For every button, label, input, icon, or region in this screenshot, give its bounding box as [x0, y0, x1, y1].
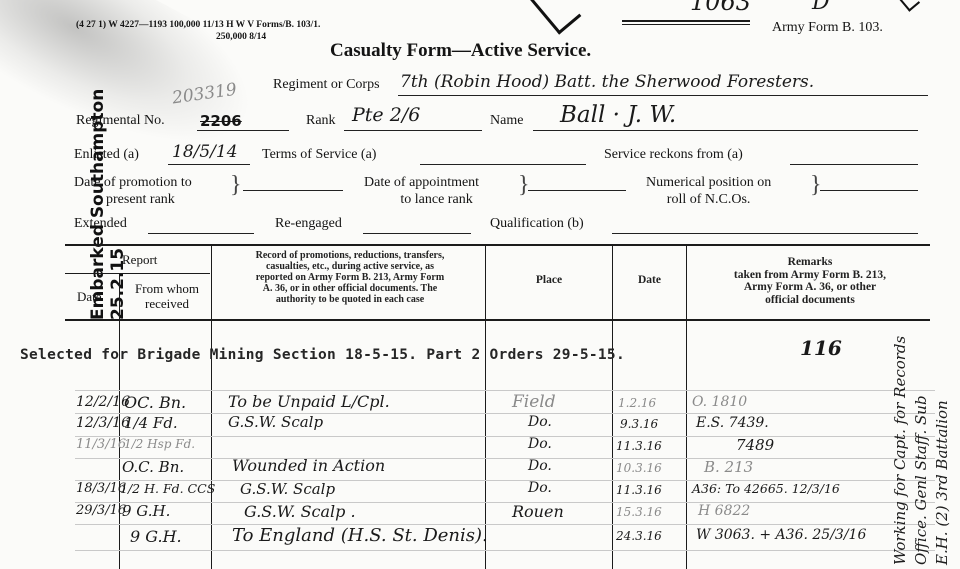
- enlisted-label: Enlisted (a): [74, 147, 139, 163]
- row-place: Do.: [528, 458, 552, 474]
- form-title: Casualty Form—Active Service.: [330, 40, 591, 62]
- qualification-underline: [612, 233, 918, 234]
- annotation-underline: [622, 20, 750, 22]
- enlisted-underline: [168, 164, 250, 165]
- row-remarks: O. 1810: [692, 394, 747, 410]
- numerical-underline: [820, 190, 918, 191]
- row-date: 12/3/16: [76, 415, 130, 431]
- reckons-label: Service reckons from (a): [604, 147, 743, 163]
- row-rule: [75, 502, 935, 503]
- header-date2: Date: [613, 275, 686, 286]
- row-place: Field: [512, 392, 556, 412]
- header-report: Report: [122, 252, 157, 268]
- row-date2: 11.3.16: [616, 439, 662, 453]
- col-divider-from: [211, 244, 212, 569]
- row-from: O.C. Bn.: [122, 458, 184, 476]
- print-code-line2: 250,000 8/14: [216, 32, 266, 42]
- row-from: 9 G.H.: [130, 527, 182, 546]
- terms-label: Terms of Service (a): [262, 147, 376, 163]
- enlisted-value: 18/5/14: [172, 142, 238, 162]
- extended-underline: [148, 233, 254, 234]
- row-date2: 11.3.16: [616, 483, 662, 497]
- report-subheader-rule: [65, 273, 210, 274]
- row-date2: 9.3.16: [620, 417, 658, 431]
- rank-underline: [344, 130, 482, 131]
- row-rule: [75, 550, 935, 551]
- row-record: To England (H.S. St. Denis).: [232, 525, 488, 546]
- header-record: Record of promotions, reductions, transf…: [216, 250, 484, 305]
- row-rule: [75, 413, 935, 414]
- row-record: G.S.W. Scalp: [240, 480, 335, 498]
- rank-label: Rank: [306, 113, 336, 129]
- promotion-label-line1: Date of promotion to: [74, 174, 192, 191]
- margin-note: Working for Capt. for Records Office. Ge…: [890, 215, 960, 565]
- top-mark-annotation: D: [812, 0, 830, 15]
- row-date: 11/3/16: [76, 437, 126, 452]
- row-rule: [75, 524, 935, 525]
- row-remarks: W 3063. + A36. 25/3/16: [696, 527, 866, 543]
- rank-value: Pte 2/6: [352, 104, 420, 126]
- qualification-label: Qualification (b): [490, 216, 584, 232]
- header-date: Date: [77, 289, 102, 305]
- regiment-label: Regiment or Corps: [273, 77, 380, 93]
- row-date: 29/3/16: [76, 503, 126, 518]
- header-record-line1: Record of promotions, reductions, transf…: [216, 250, 484, 261]
- appointment-underline: [528, 190, 626, 191]
- header-from-whom-line2: received: [124, 296, 210, 311]
- row-date: 18/3/16: [76, 481, 126, 496]
- numerical-label-line2: roll of N.C.Os.: [646, 191, 771, 208]
- margin-note-line1: Working for Capt. for Records: [890, 215, 911, 565]
- row-remarks: B. 213: [704, 458, 753, 476]
- row-remarks: 7489: [736, 436, 774, 454]
- promotion-label: Date of promotion to present rank: [74, 174, 192, 208]
- brace-icon-2: }: [518, 172, 530, 199]
- numerical-label-line1: Numerical position on: [646, 174, 771, 191]
- row-rule: [75, 458, 935, 459]
- row-place: Do.: [528, 480, 552, 496]
- regimental-no-label: Regimental No.: [76, 113, 165, 129]
- row-place: Do.: [528, 414, 552, 430]
- col-divider-place: [612, 244, 613, 569]
- margin-note-line3: E.H. (2) 3rd Battalion: [932, 215, 953, 565]
- appointment-label-line1: Date of appointment: [364, 174, 479, 191]
- regimental-no-value: 2206: [200, 112, 242, 130]
- row-record: G.S.W. Scalp .: [244, 502, 356, 521]
- name-value: Ball · J. W.: [560, 102, 676, 128]
- margin-note-line2: Office. Genl Staff. Sub: [911, 215, 932, 565]
- row-from: 9 G.H.: [122, 502, 170, 520]
- small-checkmark-icon: [894, 0, 920, 12]
- row-date2: 1.2.16: [618, 396, 656, 410]
- regiment-underline: [398, 95, 928, 96]
- promotion-label-line2: present rank: [74, 191, 192, 208]
- appointment-label-line2: to lance rank: [364, 191, 479, 208]
- row-record: Wounded in Action: [232, 456, 385, 475]
- print-code-line1: (4 27 1) W 4227—1193 100,000 11/13 H W V…: [76, 20, 320, 30]
- promotion-underline: [243, 190, 343, 191]
- row-record: G.S.W. Scalp: [228, 413, 323, 431]
- appointment-label: Date of appointment to lance rank: [364, 174, 479, 208]
- row-date2: 10.3.16: [616, 461, 662, 475]
- typed-mark: 116: [800, 336, 842, 360]
- header-remarks-line2: taken from Army Form B. 213,: [700, 269, 920, 282]
- row-remarks: H 6822: [698, 503, 750, 519]
- row-rule: [75, 390, 935, 391]
- col-divider-record: [485, 244, 486, 569]
- reckons-underline: [790, 164, 918, 165]
- table-top-rule: [65, 244, 930, 246]
- regimental-no-underline: [197, 130, 289, 131]
- annotation-underline-2: [622, 24, 750, 25]
- header-from-whom: From whom received: [124, 281, 210, 311]
- header-record-line4: A. 36, or in other official documents. T…: [216, 283, 484, 294]
- row-place: Rouen: [512, 502, 564, 521]
- header-record-line2: casualties, etc., during active service,…: [216, 261, 484, 272]
- extended-label: Extended: [74, 216, 127, 232]
- name-label: Name: [490, 113, 523, 129]
- brace-icon-3: }: [810, 172, 822, 199]
- reengaged-underline: [363, 233, 471, 234]
- row-place: Do.: [528, 436, 552, 452]
- table-header-bottom-rule: [65, 319, 930, 321]
- col-divider-date2: [686, 244, 687, 569]
- row-date: 12/2/16: [76, 394, 130, 410]
- row-remarks: E.S. 7439.: [696, 415, 769, 431]
- army-form-label: Army Form B. 103.: [772, 20, 883, 36]
- header-remarks-line1: Remarks: [700, 256, 920, 269]
- header-remarks-line3: Army Form A. 36, or other: [700, 281, 920, 294]
- header-record-line3: reported on Army Form B. 213, Army Form: [216, 272, 484, 283]
- brace-icon: }: [230, 172, 242, 199]
- name-underline: [533, 130, 918, 131]
- header-remarks-line4: official documents: [700, 294, 920, 307]
- regiment-value: 7th (Robin Hood) Batt. the Sherwood Fore…: [400, 72, 814, 92]
- row-from: OC. Bn.: [124, 393, 186, 412]
- reengaged-label: Re-engaged: [275, 216, 342, 232]
- header-place: Place: [486, 275, 612, 286]
- row-rule: [75, 436, 935, 437]
- row-from: 1/2 Hsp Fd.: [124, 437, 195, 451]
- numerical-label: Numerical position on roll of N.C.Os.: [646, 174, 771, 208]
- header-record-line5: authority to be quoted in each case: [216, 294, 484, 305]
- typed-entry: Selected for Brigade Mining Section 18-5…: [20, 347, 625, 363]
- row-remarks: A36: To 42665. 12/3/16: [692, 481, 840, 496]
- terms-underline: [420, 164, 586, 165]
- header-from-whom-line1: From whom: [124, 281, 210, 296]
- row-date2: 15.3.16: [616, 505, 662, 519]
- checkmark-icon: [528, 0, 582, 35]
- row-from: 1/4 Fd.: [124, 414, 178, 432]
- header-remarks: Remarks taken from Army Form B. 213, Arm…: [700, 256, 920, 306]
- top-number-annotation: 1063: [690, 0, 751, 16]
- row-from: 1/2 H. Fd. CCS: [120, 481, 215, 496]
- row-record: To be Unpaid L/Cpl.: [228, 392, 390, 411]
- row-date2: 24.3.16: [616, 529, 662, 543]
